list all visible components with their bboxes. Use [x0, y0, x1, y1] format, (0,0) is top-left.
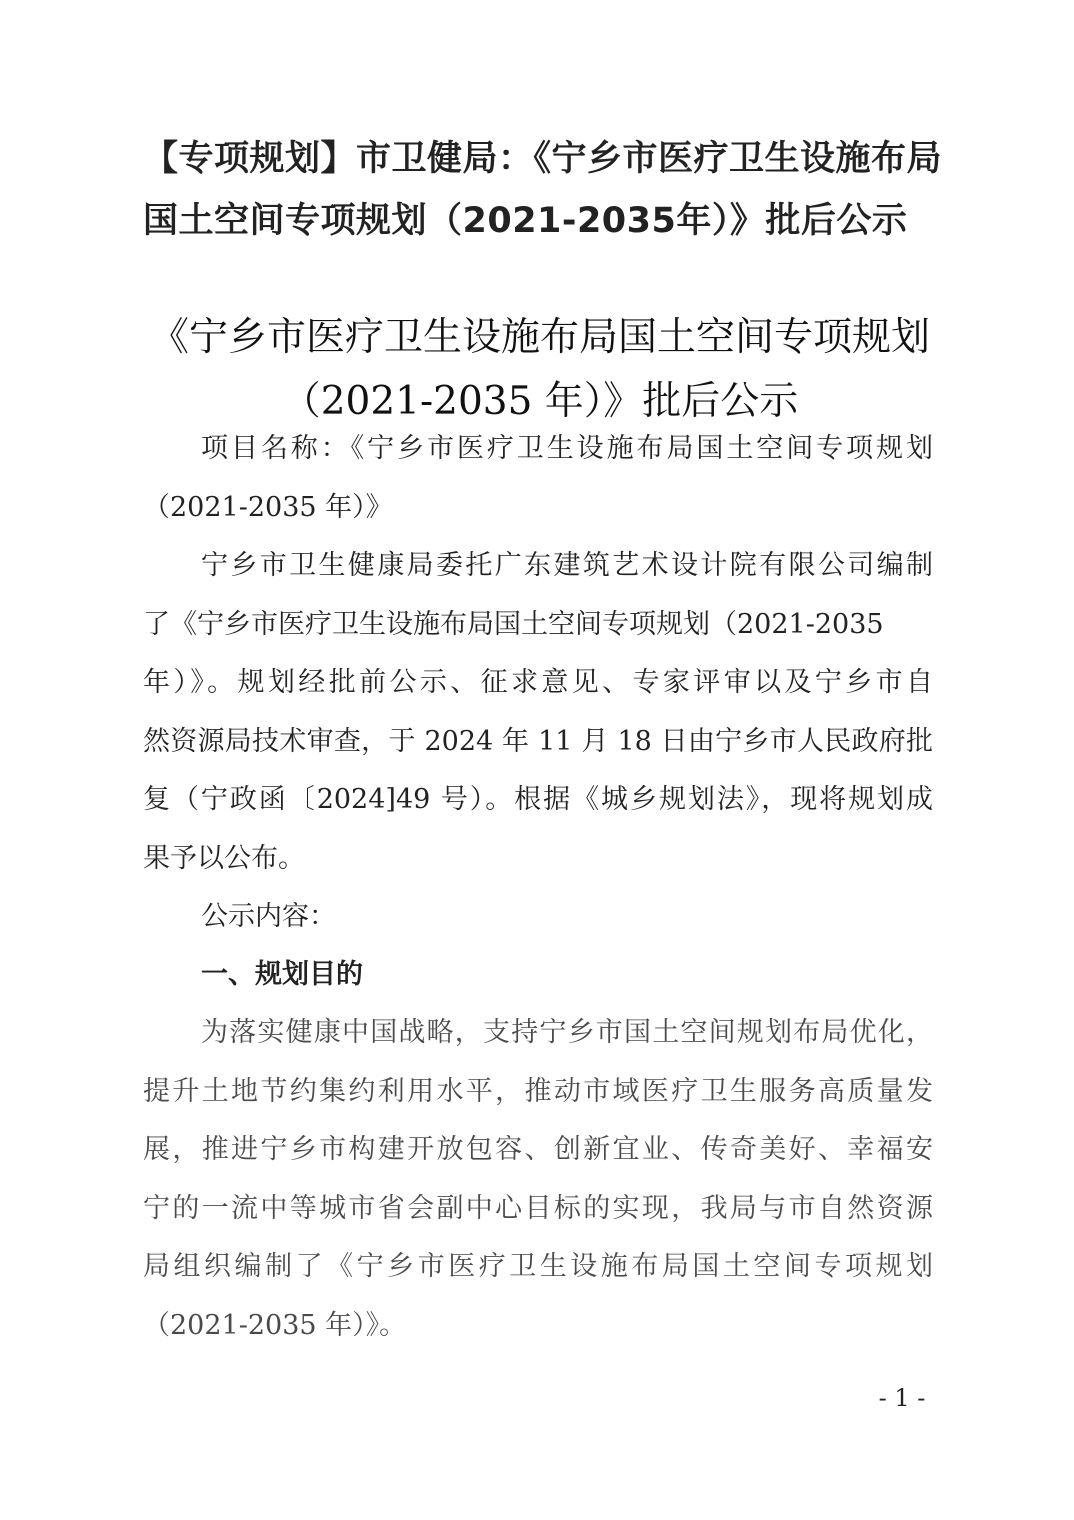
- document-title: 《宁乡市医疗卫生设施布局国土空间专项规划 （2021-2035 年）》批后公示: [130, 306, 950, 434]
- headline-line: 【专项规划】市卫健局：《宁乡市医疗卫生设施布局: [143, 128, 943, 190]
- document-page: 【专项规划】市卫健局：《宁乡市医疗卫生设施布局 国土空间专项规划（2021-20…: [0, 0, 1074, 1520]
- headline-line: 国土空间专项规划（2021-2035年）》批后公示: [143, 190, 943, 252]
- project-name-paragraph: 项目名称：《宁乡市医疗卫生设施布局国土空间专项规划 （2021-2035 年）》: [143, 420, 933, 537]
- paragraph-line: 宁的一流中等城市省会副中心目标的实现，我局与市自然资源: [143, 1180, 933, 1239]
- section-heading: 一、规划目的: [143, 946, 933, 1005]
- paragraph-line: 果予以公布。: [143, 830, 933, 889]
- content-label-text: 公示内容：: [143, 888, 933, 947]
- page-number: - 1 -: [862, 1384, 942, 1412]
- paragraph-line: （2021-2035 年）》。: [143, 1297, 933, 1356]
- paragraph-line: 提升土地节约集约利用水平，推动市域医疗卫生服务高质量发: [143, 1063, 933, 1122]
- paragraph-line: 为落实健康中国战略，支持宁乡市国土空间规划布局优化，: [143, 1004, 933, 1063]
- paragraph-line: 年）》。规划经批前公示、征求意见、专家评审以及宁乡市自: [143, 654, 933, 713]
- paragraph-line: 展，推进宁乡市构建开放包容、创新宜业、传奇美好、幸福安: [143, 1121, 933, 1180]
- paragraph-line: 项目名称：《宁乡市医疗卫生设施布局国土空间专项规划: [143, 420, 933, 479]
- section-1-paragraph: 为落实健康中国战略，支持宁乡市国土空间规划布局优化， 提升土地节约集约利用水平，…: [143, 1004, 933, 1355]
- section-heading-text: 一、规划目的: [143, 946, 933, 1005]
- paragraph-line: 然资源局技术审查，于 2024 年 11 月 18 日由宁乡市人民政府批: [143, 713, 933, 772]
- content-label: 公示内容：: [143, 888, 933, 947]
- document-title-line: 《宁乡市医疗卫生设施布局国土空间专项规划: [130, 306, 950, 370]
- paragraph-line: 了《宁乡市医疗卫生设施布局国土空间专项规划（2021-2035: [143, 596, 933, 655]
- paragraph-line: 宁乡市卫生健康局委托广东建筑艺术设计院有限公司编制: [143, 537, 933, 596]
- intro-paragraph: 宁乡市卫生健康局委托广东建筑艺术设计院有限公司编制 了《宁乡市医疗卫生设施布局国…: [143, 537, 933, 888]
- article-headline: 【专项规划】市卫健局：《宁乡市医疗卫生设施布局 国土空间专项规划（2021-20…: [143, 128, 943, 252]
- paragraph-line: （2021-2035 年）》: [143, 479, 933, 538]
- paragraph-line: 复（宁政函〔2024]49 号）。根据《城乡规划法》，现将规划成: [143, 771, 933, 830]
- paragraph-line: 局组织编制了《宁乡市医疗卫生设施布局国土空间专项规划: [143, 1238, 933, 1297]
